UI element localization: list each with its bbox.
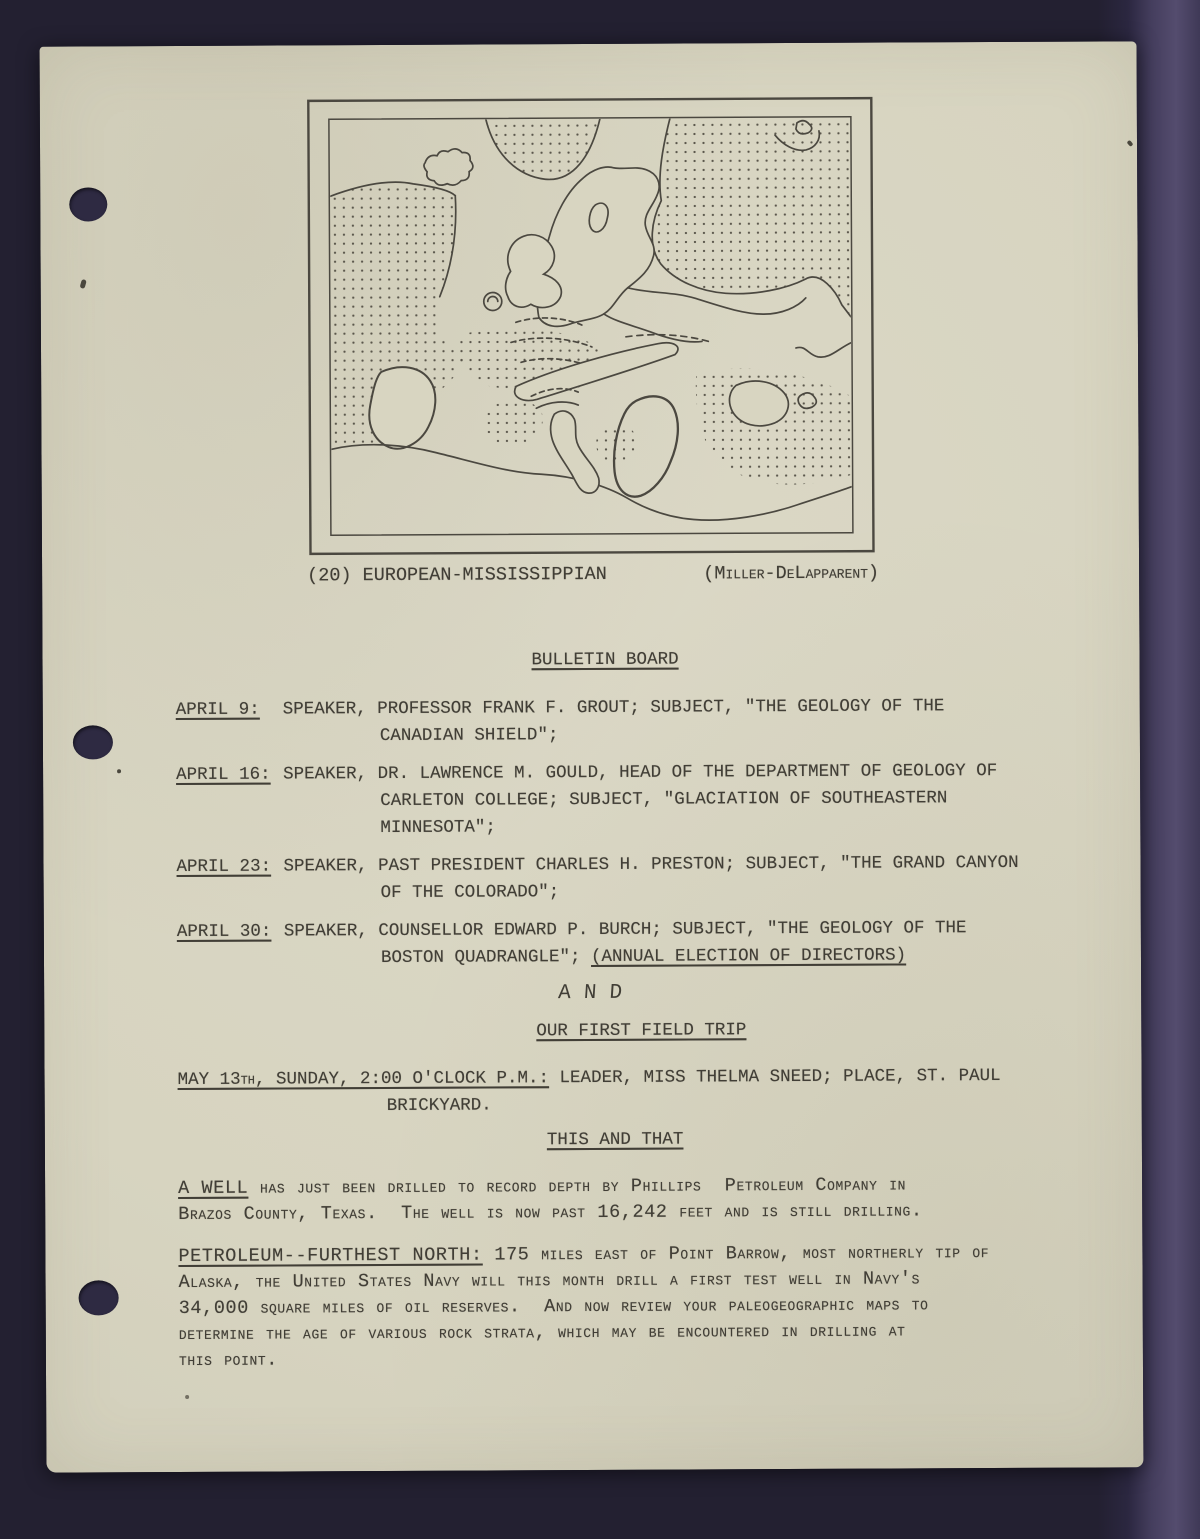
bulletin-event: APRIL 30:SPEAKER, COUNSELLOR EDWARD P. B…: [177, 914, 1127, 973]
text-line: CARLETON COLLEGE; SUBJECT, "GLACIATION O…: [283, 784, 1126, 815]
news-paragraph: A WELL has just been drilled to record d…: [178, 1171, 1128, 1228]
event-description: SPEAKER, PROFESSOR FRANK F. GROUT; SUBJE…: [283, 692, 1126, 750]
bulletin-event: APRIL 23:SPEAKER, PAST PRESIDENT CHARLES…: [176, 849, 1126, 908]
event-date-text: APRIL 23:: [176, 857, 271, 877]
text-line: SPEAKER, PROFESSOR FRANK F. GROUT; SUBJE…: [283, 692, 1126, 723]
punch-hole-middle: [73, 725, 113, 759]
event-date-text: APRIL 16:: [176, 765, 271, 785]
field-trip-line: MAY 13th, SUNDAY, 2:00 O'CLOCK P.M.: LEA…: [178, 1063, 1001, 1094]
event-date: APRIL 9:: [176, 697, 283, 752]
text-line: OF THE COLORADO";: [284, 876, 1127, 907]
this-and-that-paragraphs: A WELL has just been drilled to record d…: [178, 1171, 1129, 1390]
underlined-text: A WELL: [178, 1178, 248, 1199]
punch-hole-bottom: [79, 1280, 119, 1315]
scanned-newsletter-page: { "colors": { "binder_background": "#232…: [0, 0, 1200, 1539]
event-date: APRIL 23:: [176, 854, 283, 909]
bulletin-events-list: APRIL 9:SPEAKER, PROFESSOR FRANK F. GROU…: [176, 692, 1127, 984]
map-illustration: [305, 95, 877, 560]
this-and-that-heading: THIS AND THAT: [547, 1130, 684, 1151]
text-line: SPEAKER, COUNSELLOR EDWARD P. BURCH; SUB…: [284, 914, 1127, 945]
field-trip-heading: OUR FIRST FIELD TRIP: [536, 1020, 746, 1041]
map-caption: (20) EUROPEAN-MISSISSIPPIAN (Miller-DeLa…: [307, 563, 879, 587]
paper-speck: [80, 279, 87, 289]
text-line: SPEAKER, DR. LAWRENCE M. GOULD, HEAD OF …: [283, 757, 1126, 788]
paper-speck: [1127, 140, 1134, 147]
paper-speck: [185, 1395, 189, 1399]
field-trip-line: BRICKYARD.: [387, 1090, 1001, 1120]
field-trip-details: MAY 13th, SUNDAY, 2:00 O'CLOCK P.M.: LEA…: [178, 1063, 1001, 1121]
bulletin-event: APRIL 9:SPEAKER, PROFESSOR FRANK F. GROU…: [176, 692, 1126, 751]
bulletin-event: APRIL 16:SPEAKER, DR. LAWRENCE M. GOULD,…: [176, 757, 1126, 843]
text-line: MINNESOTA";: [283, 811, 1126, 842]
text-line: PETROLEUM--FURTHEST NORTH: 175 miles eas…: [178, 1239, 1128, 1270]
text-line: CANADIAN SHIELD";: [283, 719, 1126, 750]
event-date-text: APRIL 30:: [177, 922, 272, 942]
map-caption-title: (20) EUROPEAN-MISSISSIPPIAN: [307, 564, 607, 586]
map-caption-credit: (Miller-DeLapparent): [703, 563, 879, 585]
document-page: (20) EUROPEAN-MISSISSIPPIAN (Miller-DeLa…: [40, 41, 1144, 1472]
event-date: APRIL 30:: [177, 919, 284, 974]
underlined-text: MAY 13th, SUNDAY, 2:00 O'CLOCK P.M.:: [178, 1068, 550, 1090]
event-description: SPEAKER, DR. LAWRENCE M. GOULD, HEAD OF …: [283, 757, 1126, 842]
text-line: Brazos County, Texas. The well is now pa…: [178, 1197, 1128, 1228]
underlined-text: PETROLEUM--FURTHEST NORTH:: [178, 1245, 482, 1267]
text-line: BOSTON QUADRANGLE"; (ANNUAL ELECTION OF …: [284, 941, 1127, 972]
event-description: SPEAKER, COUNSELLOR EDWARD P. BURCH; SUB…: [284, 914, 1127, 972]
text-line: this point.: [179, 1343, 1129, 1374]
and-separator: AND: [557, 982, 635, 1005]
event-date-text: APRIL 9:: [176, 700, 260, 720]
news-paragraph: PETROLEUM--FURTHEST NORTH: 175 miles eas…: [178, 1239, 1129, 1374]
punch-hole-top: [69, 187, 107, 221]
bulletin-board-heading: BULLETIN BOARD: [531, 650, 678, 671]
paleogeographic-map-figure: [305, 95, 877, 560]
event-description: SPEAKER, PAST PRESIDENT CHARLES H. PREST…: [283, 849, 1126, 907]
event-date: APRIL 16:: [176, 762, 283, 844]
underlined-text: (ANNUAL ELECTION OF DIRECTORS): [591, 945, 906, 967]
text-line: SPEAKER, PAST PRESIDENT CHARLES H. PREST…: [283, 849, 1126, 880]
paper-speck: [117, 769, 121, 773]
